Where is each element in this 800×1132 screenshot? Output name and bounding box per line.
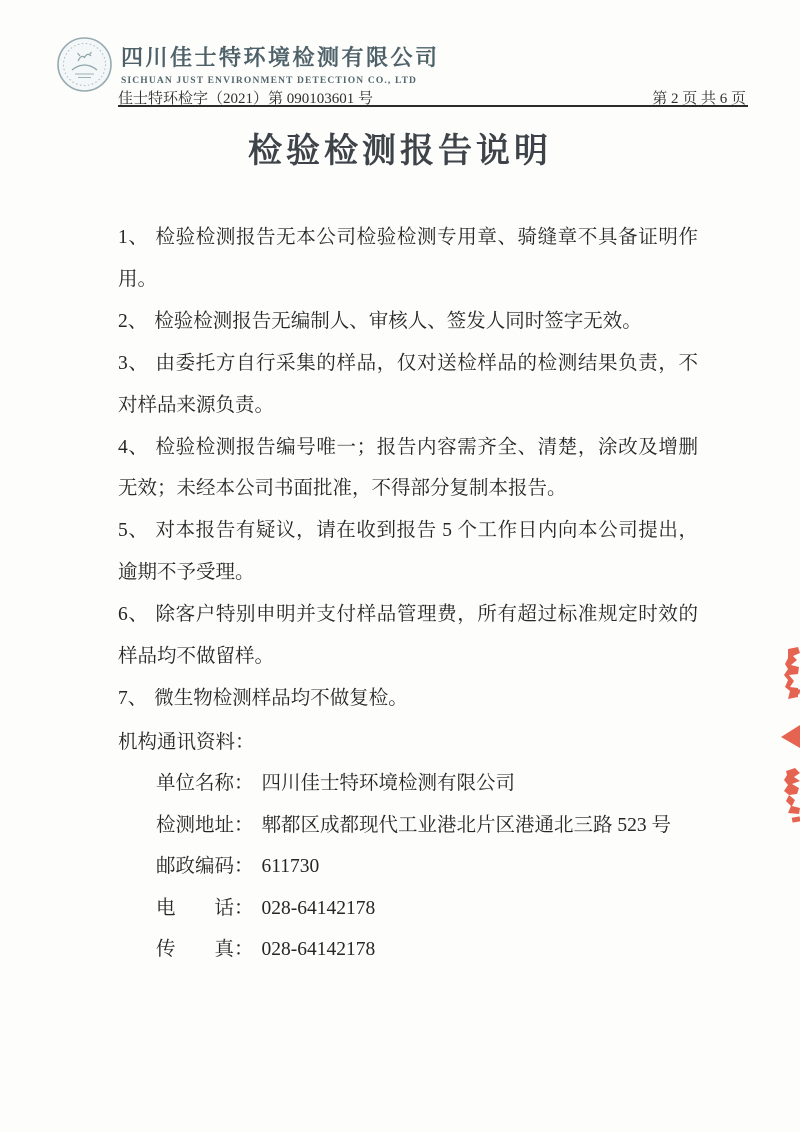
note-text: 检验检测报告编号唯一；报告内容需齐全、清楚，涂改及增删无效；未经本公司书面批准，… — [118, 437, 698, 500]
note-number: 4、 — [118, 437, 148, 458]
contact-label: 电 话： — [156, 898, 254, 919]
note-item-7: 7、微生物检测样品均不做复检。 — [118, 678, 698, 720]
header-rule — [118, 105, 748, 107]
contact-heading: 机构通讯资料： — [118, 722, 718, 763]
note-item-2: 2、检验检测报告无编制人、审核人、签发人同时签字无效。 — [118, 301, 698, 343]
contact-label: 传 真： — [156, 939, 254, 960]
contact-label: 单位名称： — [156, 773, 254, 794]
contact-value: 028-64142178 — [262, 898, 376, 919]
note-text: 检验检测报告无本公司检验检测专用章、骑缝章不具备证明作用。 — [118, 227, 698, 290]
company-block: 四川佳士特环境检测有限公司 SICHUAN JUST ENVIRONMENT D… — [121, 41, 440, 86]
note-number: 2、 — [118, 311, 147, 332]
notes-list: 1、检验检测报告无本公司检验检测专用章、骑缝章不具备证明作用。 2、检验检测报告… — [118, 217, 698, 720]
note-number: 7、 — [118, 688, 147, 709]
note-number: 6、 — [118, 604, 148, 625]
note-item-6: 6、除客户特别申明并支付样品管理费，所有超过标准规定时效的样品均不做留样。 — [118, 594, 698, 678]
contact-value: 四川佳士特环境检测有限公司 — [262, 773, 516, 794]
contact-value: 郫都区成都现代工业港北片区港通北三路 523 号 — [262, 815, 672, 836]
company-logo-seal-icon — [56, 36, 113, 93]
contact-row-company: 单位名称：四川佳士特环境检测有限公司 — [118, 763, 718, 804]
contact-label: 检测地址： — [156, 815, 254, 836]
contact-block: 机构通讯资料： 单位名称：四川佳士特环境检测有限公司 检测地址：郫都区成都现代工… — [118, 722, 718, 970]
note-number: 1、 — [118, 227, 148, 248]
page-title: 检验检测报告说明 — [0, 123, 800, 172]
note-item-5: 5、对本报告有疑议，请在收到报告 5 个工作日内向本公司提出，逾期不予受理。 — [118, 510, 698, 594]
company-name-cn: 四川佳士特环境检测有限公司 — [121, 41, 440, 72]
note-item-4: 4、检验检测报告编号唯一；报告内容需齐全、清楚，涂改及增删无效；未经本公司书面批… — [118, 427, 698, 511]
contact-row-postcode: 邮政编码：611730 — [118, 846, 718, 887]
partial-seal-stamp-icon — [774, 645, 800, 825]
report-page: 四川佳士特环境检测有限公司 SICHUAN JUST ENVIRONMENT D… — [0, 0, 800, 1132]
contact-row-address: 检测地址：郫都区成都现代工业港北片区港通北三路 523 号 — [118, 805, 718, 846]
note-text: 微生物检测样品均不做复检。 — [154, 688, 408, 709]
note-text: 除客户特别申明并支付样品管理费，所有超过标准规定时效的样品均不做留样。 — [118, 604, 698, 667]
contact-row-fax: 传 真：028-64142178 — [118, 929, 718, 970]
company-name-en: SICHUAN JUST ENVIRONMENT DETECTION CO., … — [121, 76, 440, 86]
note-item-1: 1、检验检测报告无本公司检验检测专用章、骑缝章不具备证明作用。 — [118, 217, 698, 301]
note-text: 检验检测报告无编制人、审核人、签发人同时签字无效。 — [154, 311, 642, 332]
note-number: 3、 — [118, 353, 148, 374]
contact-value: 611730 — [262, 856, 320, 877]
contact-label: 邮政编码： — [156, 856, 254, 877]
note-text: 由委托方自行采集的样品，仅对送检样品的检测结果负责，不对样品来源负责。 — [118, 353, 698, 416]
note-item-3: 3、由委托方自行采集的样品，仅对送检样品的检测结果负责，不对样品来源负责。 — [118, 343, 698, 427]
note-number: 5、 — [118, 520, 148, 541]
note-text: 对本报告有疑议，请在收到报告 5 个工作日内向本公司提出，逾期不予受理。 — [118, 520, 698, 583]
contact-row-phone: 电 话：028-64142178 — [118, 888, 718, 929]
contact-value: 028-64142178 — [262, 939, 376, 960]
